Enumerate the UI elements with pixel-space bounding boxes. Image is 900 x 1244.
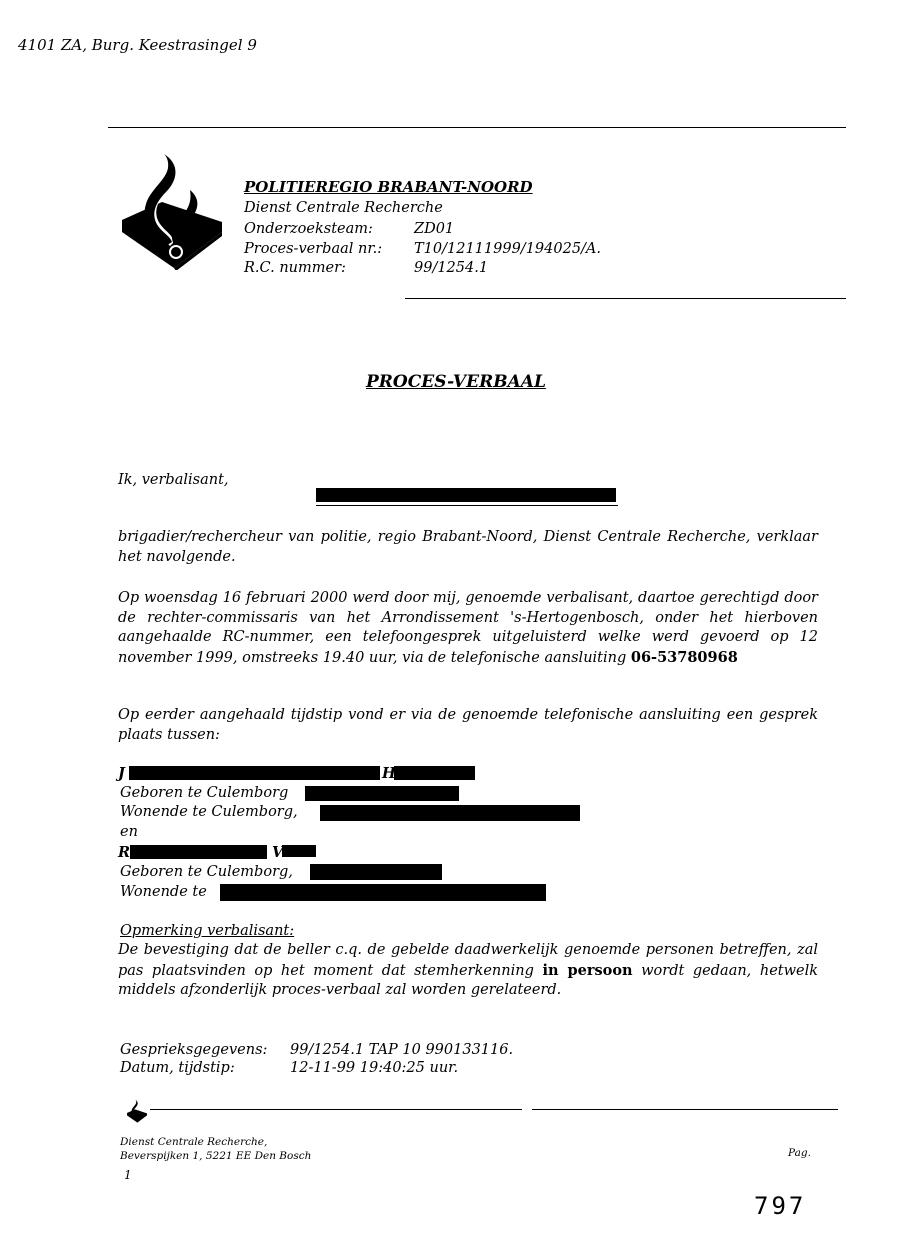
- footer-divider-left: [150, 1109, 522, 1110]
- conjunction: en: [120, 824, 138, 840]
- rc-number-label: R.C. nummer:: [244, 260, 346, 276]
- redacted-person2-name: [130, 845, 267, 859]
- intro-text: Ik, verbalisant,: [118, 471, 229, 491]
- remark-label: Opmerking verbalisant:: [120, 922, 294, 942]
- footer-logo-icon: [127, 1099, 147, 1123]
- team-label: Onderzoeksteam:: [244, 221, 373, 237]
- role-paragraph: brigadier/rechercheur van politie, regio…: [118, 528, 818, 567]
- person2-residence: Wonende te: [120, 884, 207, 900]
- footer-page-number: 1: [124, 1168, 132, 1182]
- person1-born: Geboren te Culemborg: [120, 785, 288, 801]
- person1-residence: Wonende te Culemborg,: [120, 804, 298, 820]
- footer-page-label: Pag.: [788, 1147, 811, 1159]
- fax-header: 4101 ZA, Burg. Keestrasingel 9: [18, 36, 257, 54]
- redacted-person1-name: [129, 766, 380, 780]
- letterhead-divider: [405, 298, 846, 299]
- call-details-value: 99/1254.1 TAP 10 990133116.: [290, 1042, 513, 1058]
- remark-emphasis: in persoon: [542, 962, 632, 979]
- rc-number-value: 99/1254.1: [414, 260, 488, 276]
- redacted-person2-surname: [282, 845, 316, 857]
- report-number-label: Proces-verbaal nr.:: [244, 241, 382, 257]
- footer-divider-right: [532, 1109, 838, 1110]
- redacted-person1-surname: [394, 766, 475, 780]
- conversation-paragraph: Op eerder aangehaald tijdstip vond er vi…: [118, 706, 818, 745]
- top-divider: [108, 127, 846, 128]
- redacted-officer-name: [316, 488, 616, 502]
- footer-department: Dienst Centrale Recherche,: [120, 1136, 267, 1148]
- organization-name: POLITIEREGIO BRABANT-NOORD: [244, 178, 533, 196]
- officer-name-underline: [316, 505, 618, 506]
- stamp-number: 797: [754, 1192, 806, 1220]
- call-details-label: Gesprieksgegevens:: [120, 1042, 267, 1058]
- report-number-value: T10/12111999/194025/A.: [414, 241, 601, 257]
- phone-number: 06-53780968: [631, 649, 738, 666]
- redacted-person2-address: [220, 884, 546, 901]
- person2-initial: R: [118, 844, 130, 861]
- redacted-person1-address: [320, 805, 580, 821]
- person2-born: Geboren te Culemborg,: [120, 864, 293, 880]
- wiretap-paragraph: Op woensdag 16 februari 2000 werd door m…: [118, 589, 818, 668]
- document-title: PROCES-VERBAAL: [366, 372, 546, 392]
- police-flame-logo-icon: [122, 150, 222, 270]
- team-value: ZD01: [414, 221, 454, 237]
- department-name: Dienst Centrale Recherche: [244, 200, 443, 216]
- call-datetime-label: Datum, tijdstip:: [120, 1060, 235, 1076]
- redacted-person2-birthdate: [310, 864, 442, 880]
- redacted-person1-birthdate: [305, 786, 459, 801]
- call-datetime-value: 12-11-99 19:40:25 uur.: [290, 1060, 458, 1076]
- remark-paragraph: De bevestiging dat de beller c.q. de geb…: [118, 941, 818, 1001]
- person1-initial: J: [118, 765, 125, 782]
- footer-address: Beverspijken 1, 5221 EE Den Bosch: [120, 1150, 311, 1162]
